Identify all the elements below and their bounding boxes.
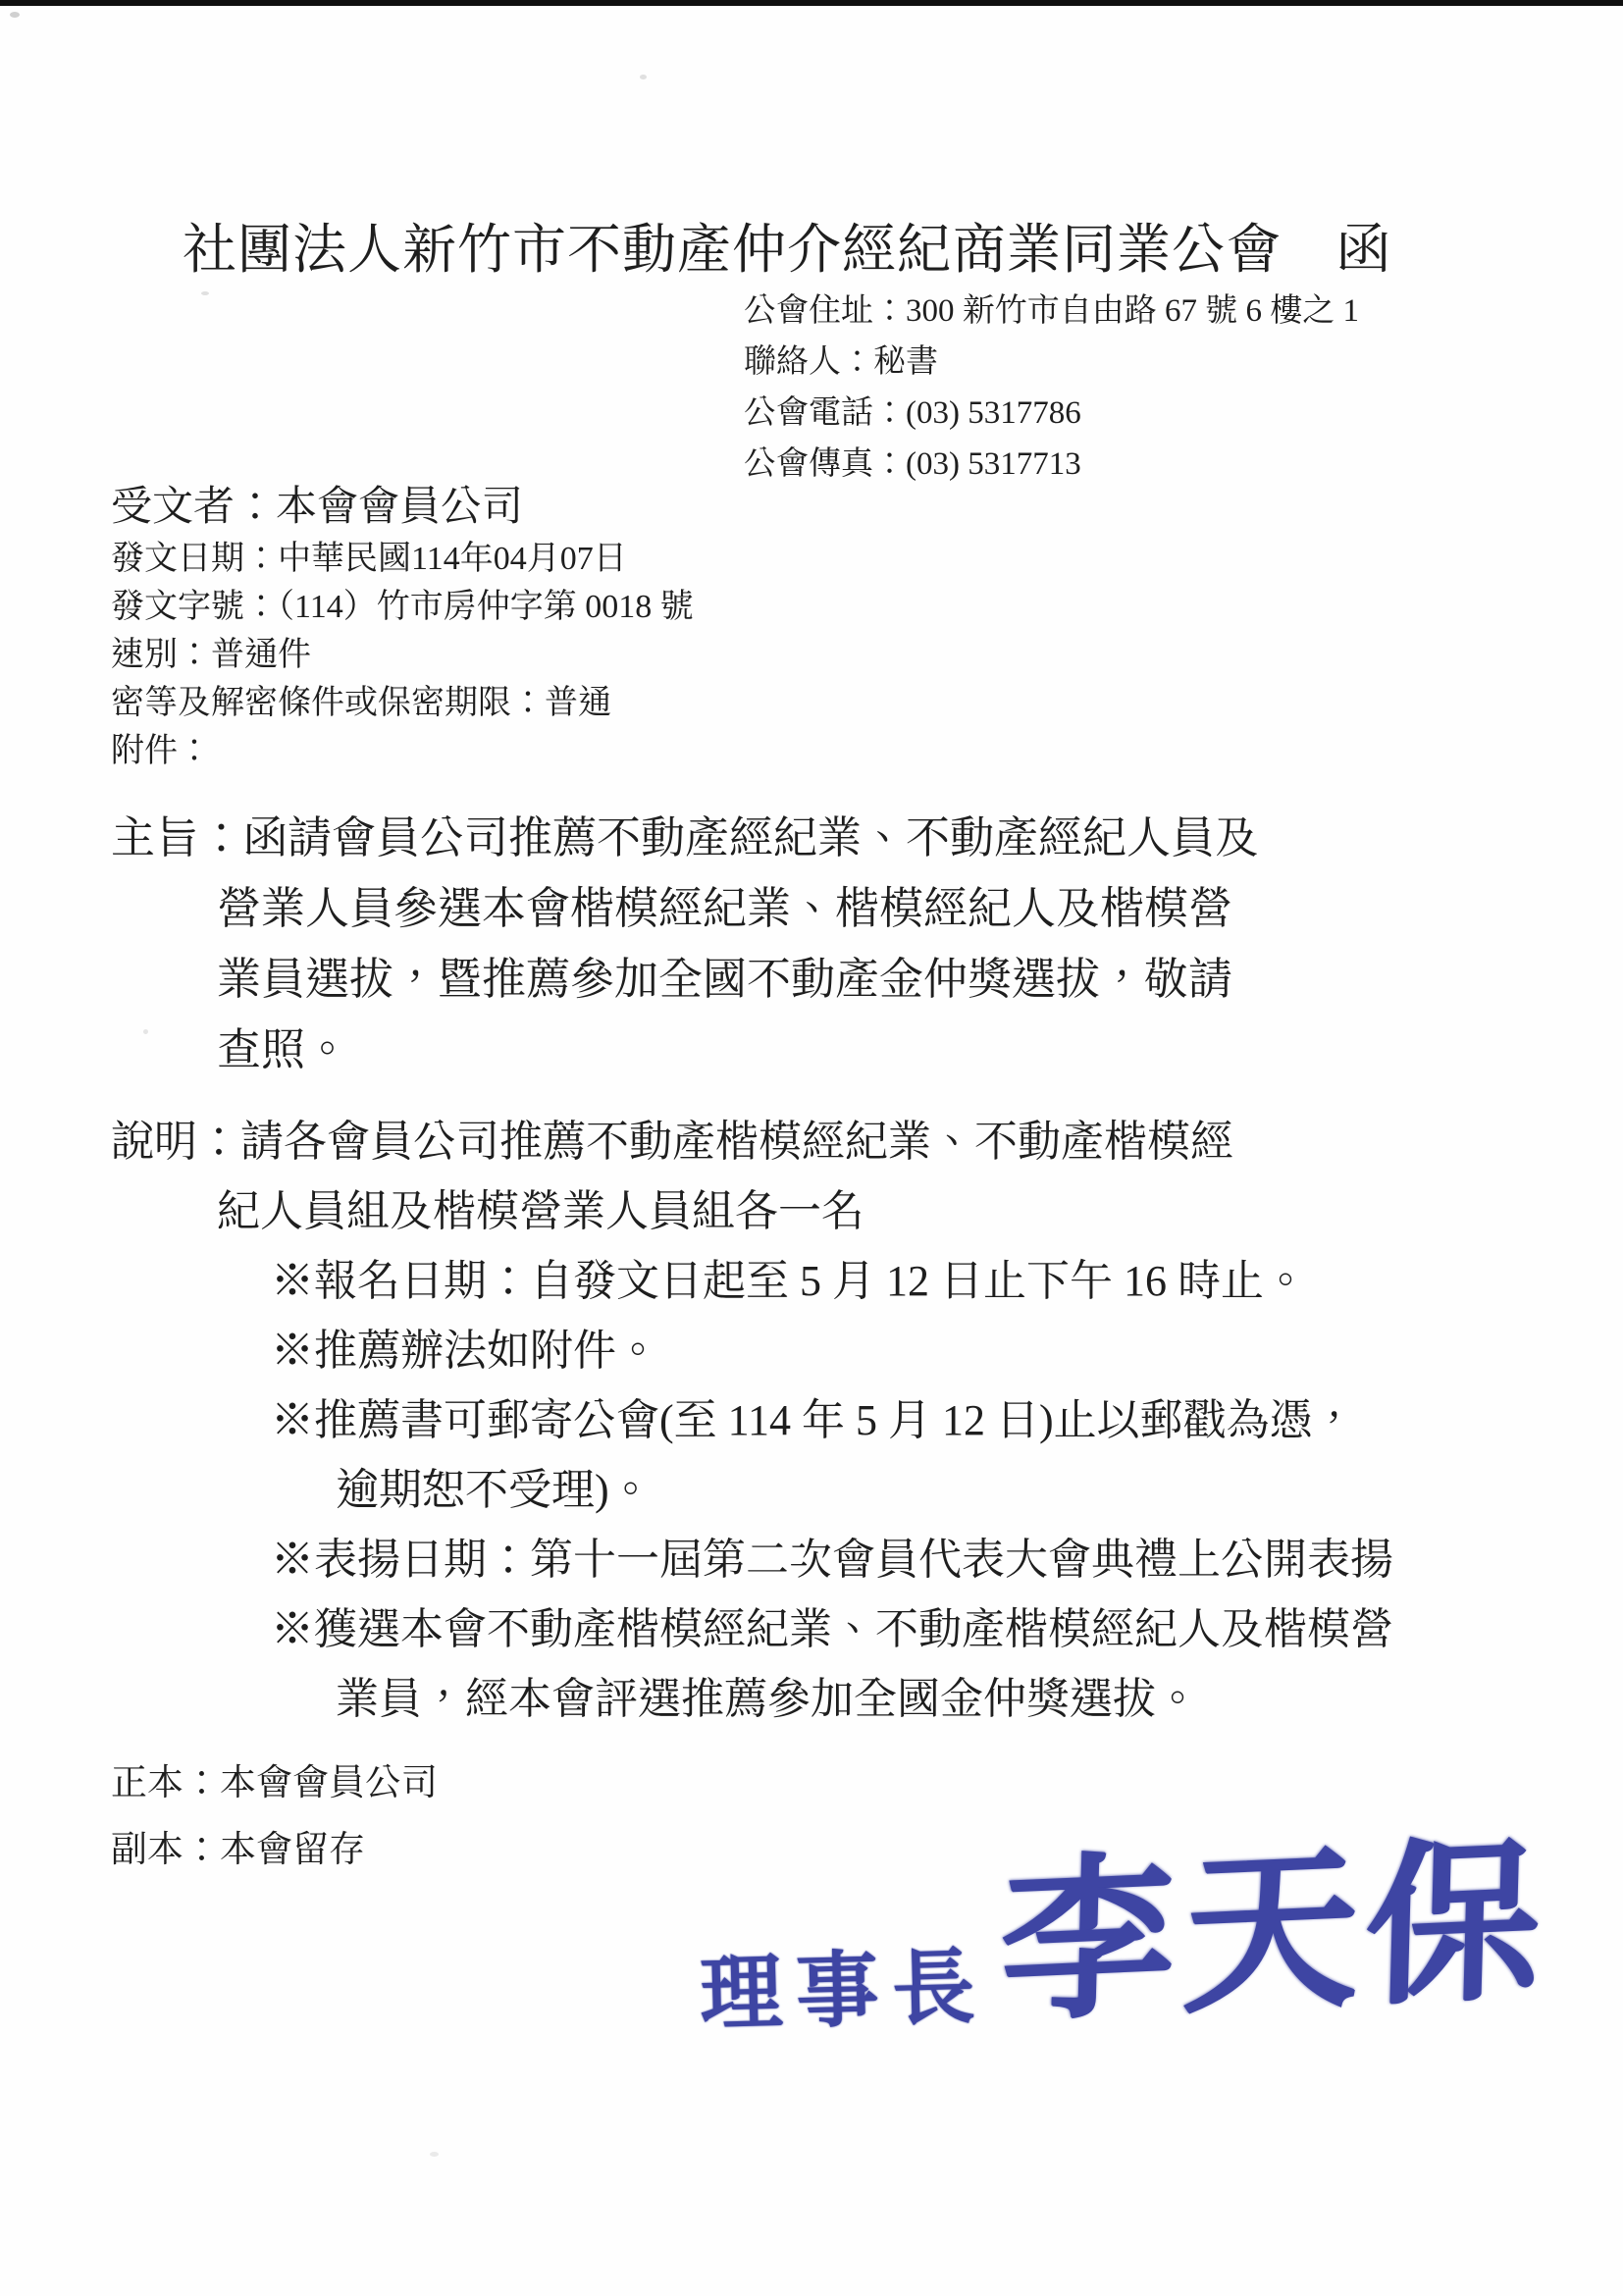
scan-artifact-top-bar [0, 0, 1623, 6]
doc-number-line: 發文字號：（114）竹市房仲字第 0018 號 [111, 583, 694, 631]
scanned-letter-page: 社團法人新竹市不動產仲介經紀商業同業公會 函 公會住址：300 新竹市自由路 6… [0, 0, 1623, 2296]
subject-line: 業員選拔，暨推薦參加全國不動產金仲獎選拔，敬請 [217, 944, 1259, 1015]
association-phone: 公會電話：(03) 5317786 [744, 388, 1359, 439]
recipient-line: 受文者：本會會員公司 [111, 474, 523, 533]
scan-artifact-speck [10, 12, 20, 18]
association-address: 公會住址：300 新竹市自由路 67 號 6 樓之 1 [744, 286, 1359, 337]
subject-line: 主旨：函請會員公司推薦不動產經紀業、不動產經紀人員及 [111, 803, 1259, 873]
subject-paragraph: 主旨：函請會員公司推薦不動產經紀業、不動產經紀人員及 營業人員參選本會楷模經紀業… [0, 803, 1259, 1085]
explanation-line: 紀人員組及楷模營業人員組各一名 [217, 1176, 1393, 1246]
scan-artifact-speck [430, 2152, 439, 2157]
association-fax: 公會傳真：(03) 5317713 [744, 439, 1359, 490]
stamp-chairman-name: 李天保 [998, 1817, 1551, 2051]
bullet-registration-date: ※報名日期：自發文日起至 5 月 12 日止下午 16 時止。 [271, 1246, 1393, 1316]
scan-artifact-speck [201, 291, 209, 295]
document-title: 社團法人新竹市不動產仲介經紀商業同業公會 函 [183, 206, 1391, 284]
explanation-paragraph: 說明：請各會員公司推薦不動產楷模經紀業、不動產楷模經 紀人員組及楷模營業人員組各… [0, 1107, 1393, 1734]
bullet-award-date: ※表揚日期：第十一屆第二次會員代表大會典禮上公開表揚 [271, 1525, 1393, 1594]
speed-class-line: 速別：普通件 [111, 631, 694, 679]
bullet-mailing-deadline: ※推薦書可郵寄公會(至 114 年 5 月 12 日)止以郵戳為憑， [271, 1385, 1393, 1455]
subject-line: 營業人員參選本會楷模經紀業、楷模經紀人及楷模營 [217, 873, 1259, 944]
bullet-recommendation-method: ※推薦辦法如附件。 [271, 1316, 1393, 1385]
bullet-mailing-deadline-cont: 逾期恕不受理)。 [336, 1455, 1393, 1525]
letterhead-contact-block: 公會住址：300 新竹市自由路 67 號 6 樓之 1 聯絡人：秘書 公會電話：… [744, 286, 1359, 490]
bullet-national-award: ※獲選本會不動產楷模經紀業、不動產楷模經紀人及楷模營 [271, 1594, 1393, 1664]
security-class-line: 密等及解密條件或保密期限：普通 [111, 679, 694, 727]
chairman-signature-stamp: 理事長 李天保 [696, 1822, 1550, 2054]
subject-line: 查照。 [217, 1015, 1259, 1085]
duplicate-copy-line: 副本：本會留存 [111, 1817, 438, 1884]
issue-date-line: 發文日期：中華民國114年04月07日 [111, 535, 694, 583]
bullet-national-award-cont: 業員，經本會評選推薦參加全國金仲獎選拔。 [336, 1664, 1393, 1734]
document-meta-block: 發文日期：中華民國114年04月07日 發文字號：（114）竹市房仲字第 001… [111, 535, 694, 775]
stamp-chairman-title: 理事長 [699, 1921, 990, 2048]
attachment-line: 附件： [111, 727, 694, 775]
explanation-line: 說明：請各會員公司推薦不動產楷模經紀業、不動產楷模經 [111, 1107, 1393, 1176]
distribution-block: 正本：本會會員公司 副本：本會留存 [111, 1750, 438, 1884]
original-copy-line: 正本：本會會員公司 [111, 1750, 438, 1817]
contact-person: 聯絡人：秘書 [744, 337, 1359, 388]
scan-artifact-speck [640, 75, 647, 79]
